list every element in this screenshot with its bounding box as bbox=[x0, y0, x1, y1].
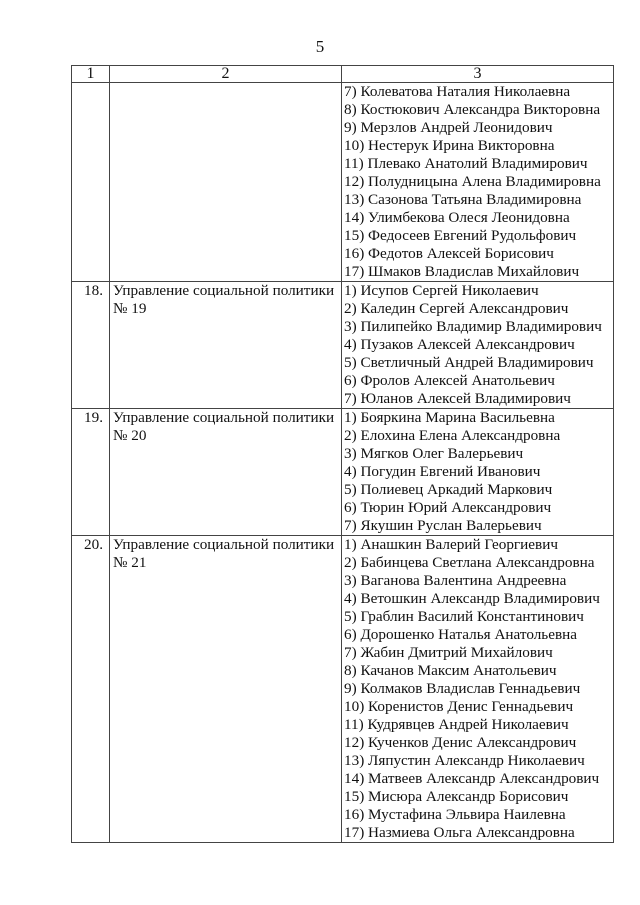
list-item: 7) Жабин Дмитрий Михайлович bbox=[344, 644, 613, 662]
list-item: 10) Коренистов Денис Геннадьевич bbox=[344, 698, 613, 716]
list-item: 14) Улимбекова Олеся Леонидовна bbox=[344, 209, 613, 227]
table-row: 19.Управление социальной политики № 201)… bbox=[72, 409, 614, 536]
list-item: 5) Полиевец Аркадий Маркович bbox=[344, 481, 613, 499]
list-item: 3) Пилипейко Владимир Владимирович bbox=[344, 318, 613, 336]
list-item: 15) Мисюра Александр Борисович bbox=[344, 788, 613, 806]
member-list: 7) Колеватова Наталия Николаевна8) Костю… bbox=[342, 83, 614, 282]
list-item: 1) Исупов Сергей Николаевич bbox=[344, 282, 613, 300]
list-item: 6) Дорошенко Наталья Анатольевна bbox=[344, 626, 613, 644]
list-item: 12) Кученков Денис Александрович bbox=[344, 734, 613, 752]
row-number: 19. bbox=[72, 409, 110, 536]
header-col-1: 1 bbox=[72, 66, 110, 83]
organization-name: Управление социальной политики № 20 bbox=[110, 409, 342, 536]
list-item: 7) Якушин Руслан Валерьевич bbox=[344, 517, 613, 535]
list-item: 13) Ляпустин Александр Николаевич bbox=[344, 752, 613, 770]
organization-name bbox=[110, 83, 342, 282]
list-item: 2) Елохина Елена Александровна bbox=[344, 427, 613, 445]
organization-name: Управление социальной политики № 21 bbox=[110, 536, 342, 843]
list-item: 4) Пузаков Алексей Александрович bbox=[344, 336, 613, 354]
list-item: 1) Анашкин Валерий Георгиевич bbox=[344, 536, 613, 554]
list-item: 5) Светличный Андрей Владимирович bbox=[344, 354, 613, 372]
list-item: 12) Полудницына Алена Владимировна bbox=[344, 173, 613, 191]
list-item: 3) Мягков Олег Валерьевич bbox=[344, 445, 613, 463]
list-item: 9) Мерзлов Андрей Леонидович bbox=[344, 119, 613, 137]
list-item: 13) Сазонова Татьяна Владимировна bbox=[344, 191, 613, 209]
list-item: 16) Федотов Алексей Борисович bbox=[344, 245, 613, 263]
member-list: 1) Анашкин Валерий Георгиевич2) Бабинцев… bbox=[342, 536, 614, 843]
list-item: 4) Погудин Евгений Иванович bbox=[344, 463, 613, 481]
organization-name: Управление социальной политики № 19 bbox=[110, 282, 342, 409]
list-item: 6) Фролов Алексей Анатольевич bbox=[344, 372, 613, 390]
list-item: 4) Ветошкин Александр Владимирович bbox=[344, 590, 613, 608]
members-table: 1 2 3 7) Колеватова Наталия Николаевна8)… bbox=[71, 65, 614, 843]
header-col-3: 3 bbox=[342, 66, 614, 83]
list-item: 1) Бояркина Марина Васильевна bbox=[344, 409, 613, 427]
list-item: 2) Каледин Сергей Александрович bbox=[344, 300, 613, 318]
list-item: 17) Шмаков Владислав Михайлович bbox=[344, 263, 613, 281]
header-col-2: 2 bbox=[110, 66, 342, 83]
list-item: 15) Федосеев Евгений Рудольфович bbox=[344, 227, 613, 245]
list-item: 6) Тюрин Юрий Александрович bbox=[344, 499, 613, 517]
table-row: 20.Управление социальной политики № 211)… bbox=[72, 536, 614, 843]
table-row: 18.Управление социальной политики № 191)… bbox=[72, 282, 614, 409]
list-item: 8) Костюкович Александра Викторовна bbox=[344, 101, 613, 119]
list-item: 8) Качанов Максим Анатольевич bbox=[344, 662, 613, 680]
row-number bbox=[72, 83, 110, 282]
member-list: 1) Исупов Сергей Николаевич2) Каледин Се… bbox=[342, 282, 614, 409]
list-item: 7) Юланов Алексей Владимирович bbox=[344, 390, 613, 408]
list-item: 10) Нестерук Ирина Викторовна bbox=[344, 137, 613, 155]
list-item: 5) Граблин Василий Константинович bbox=[344, 608, 613, 626]
row-number: 20. bbox=[72, 536, 110, 843]
list-item: 11) Кудрявцев Андрей Николаевич bbox=[344, 716, 613, 734]
list-item: 9) Колмаков Владислав Геннадьевич bbox=[344, 680, 613, 698]
list-item: 11) Плевако Анатолий Владимирович bbox=[344, 155, 613, 173]
list-item: 7) Колеватова Наталия Николаевна bbox=[344, 83, 613, 101]
list-item: 16) Мустафина Эльвира Наилевна bbox=[344, 806, 613, 824]
page-number: 5 bbox=[0, 37, 640, 57]
list-item: 2) Бабинцева Светлана Александровна bbox=[344, 554, 613, 572]
row-number: 18. bbox=[72, 282, 110, 409]
header-row: 1 2 3 bbox=[72, 66, 614, 83]
table-row: 7) Колеватова Наталия Николаевна8) Костю… bbox=[72, 83, 614, 282]
list-item: 3) Ваганова Валентина Андреевна bbox=[344, 572, 613, 590]
member-list: 1) Бояркина Марина Васильевна2) Елохина … bbox=[342, 409, 614, 536]
list-item: 17) Назмиева Ольга Александровна bbox=[344, 824, 613, 842]
list-item: 14) Матвеев Александр Александрович bbox=[344, 770, 613, 788]
